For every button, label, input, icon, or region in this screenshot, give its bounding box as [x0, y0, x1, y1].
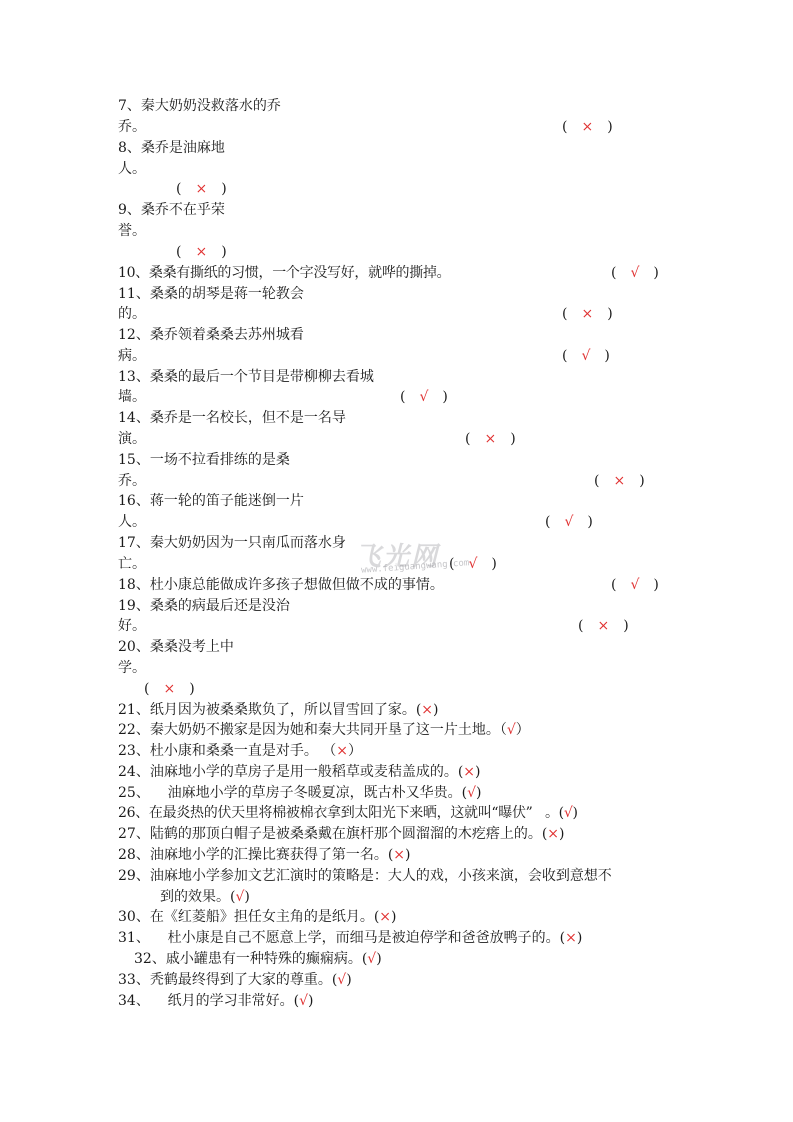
- question-7-line2: 乔。: [118, 117, 146, 137]
- question-30: 30、在《红菱船》担任女主角的是纸月。(×): [118, 907, 396, 927]
- cross-mark-icon: ×: [463, 764, 475, 780]
- question-15-line1: 15、一场不拉看排练的是桑: [118, 450, 290, 470]
- answer-11: (×): [562, 304, 613, 324]
- question-32: 32、戚小罐患有一种特殊的癫痫病。(√): [134, 949, 382, 969]
- check-mark-icon: √: [367, 951, 376, 967]
- answer-12: (√): [562, 346, 610, 366]
- question-29-line1: 29、油麻地小学参加文艺汇演时的策略是：大人的戏，小孩来演，会收到意想不: [118, 866, 612, 886]
- answer-18: (√): [611, 575, 659, 595]
- question-34: 34、 纸月的学习非常好。(√): [118, 991, 313, 1011]
- check-mark-icon: √: [467, 785, 476, 801]
- question-21: 21、纸月因为被桑桑欺负了，所以冒雪回了家。(×): [118, 700, 438, 720]
- question-26: 26、在最炎热的伏天里将棉被棉衣拿到太阳光下来晒，这就叫“曝伏” 。(√): [118, 803, 578, 823]
- cross-mark-icon: ×: [421, 702, 433, 718]
- answer-10: (√): [611, 263, 659, 283]
- answer-15: (×): [594, 471, 645, 491]
- question-20-line2: 学。: [118, 658, 146, 678]
- question-14-line1: 14、桑乔是一名校长，但不是一名导: [118, 408, 346, 428]
- cross-mark-icon: ×: [597, 616, 609, 636]
- check-mark-icon: √: [630, 575, 639, 595]
- question-14-line2: 演。: [118, 429, 146, 449]
- question-28: 28、油麻地小学的汇操比赛获得了第一名。(×): [118, 845, 410, 865]
- watermark-logo: 飞光网 www.feiguangwang.com: [355, 536, 439, 573]
- cross-mark-icon: ×: [195, 179, 207, 199]
- answer-14: (×): [465, 429, 516, 449]
- question-9-line1: 9、桑乔不在乎荣: [118, 200, 225, 220]
- question-8-line1: 8、桑乔是油麻地: [118, 138, 225, 158]
- check-mark-icon: √: [419, 387, 428, 407]
- question-16-line1: 16、蒋一轮的笛子能迷倒一片: [118, 491, 304, 511]
- check-mark-icon: √: [468, 554, 477, 574]
- question-29-line2: 到的效果。(√): [160, 887, 250, 907]
- question-11-line2: 的。: [118, 304, 146, 324]
- question-9-line2: 誉。: [118, 221, 146, 241]
- check-mark-icon: √: [299, 993, 308, 1009]
- question-12-line2: 病。: [118, 346, 146, 366]
- question-18: 18、杜小康总能做成许多孩子想做但做不成的事情。: [118, 575, 444, 595]
- question-13-line1: 13、桑桑的最后一个节目是带柳柳去看城: [118, 367, 374, 387]
- question-12-line1: 12、桑乔领着桑桑去苏州城看: [118, 325, 304, 345]
- question-24: 24、油麻地小学的草房子是用一般稻草或麦秸盖成的。(×): [118, 762, 480, 782]
- question-19-line2: 好。: [118, 616, 146, 636]
- question-22: 22、秦大奶奶不搬家是因为她和秦大共同开垦了这一片土地。（√）: [118, 720, 530, 740]
- cross-mark-icon: ×: [379, 909, 391, 925]
- cross-mark-icon: ×: [547, 826, 559, 842]
- question-8-line2: 人。: [118, 159, 146, 179]
- document-page: 7、秦大奶奶没救落水的乔 乔。 (×) 8、桑乔是油麻地 人。 (×) 9、桑乔…: [0, 0, 793, 1122]
- question-13-line2: 墙。: [118, 387, 146, 407]
- question-10: 10、桑桑有撕纸的习惯，一个字没写好，就哗的撕掉。: [118, 263, 450, 283]
- cross-mark-icon: ×: [581, 304, 593, 324]
- answer-8: (×): [176, 179, 227, 199]
- check-mark-icon: √: [337, 972, 346, 988]
- cross-mark-icon: ×: [393, 847, 405, 863]
- question-16-line2: 人。: [118, 512, 146, 532]
- cross-mark-icon: ×: [336, 743, 348, 759]
- cross-mark-icon: ×: [195, 242, 207, 262]
- question-11-line1: 11、桑桑的胡琴是蒋一轮教会: [118, 284, 304, 304]
- question-31: 31、 杜小康是自己不愿意上学，而细马是被迫停学和爸爸放鸭子的。(×): [118, 928, 582, 948]
- cross-mark-icon: ×: [581, 117, 593, 137]
- answer-16: (√): [545, 512, 593, 532]
- question-15-line2: 乔。: [118, 471, 146, 491]
- question-17-line2: 亡。: [118, 554, 146, 574]
- cross-mark-icon: ×: [565, 930, 577, 946]
- question-27: 27、陆鹤的那顶白帽子是被桑桑戴在旗杆那个圆溜溜的木疙瘩上的。(×): [118, 824, 564, 844]
- question-7-line1: 7、秦大奶奶没救落水的乔: [118, 96, 281, 116]
- question-33: 33、秃鹤最终得到了大家的尊重。(√): [118, 970, 352, 990]
- answer-19: (×): [578, 616, 629, 636]
- cross-mark-icon: ×: [163, 679, 175, 699]
- question-20-line1: 20、桑桑没考上中: [118, 637, 234, 657]
- check-mark-icon: √: [507, 722, 516, 738]
- watermark-text: 飞光网: [355, 536, 439, 573]
- question-23: 23、杜小康和桑桑一直是对手。 （×）: [118, 741, 362, 761]
- check-mark-icon: √: [630, 263, 639, 283]
- answer-7: (×): [562, 117, 613, 137]
- cross-mark-icon: ×: [484, 429, 496, 449]
- question-25: 25、 油麻地小学的草房子冬暖夏凉，既古朴又华贵。(√): [118, 783, 481, 803]
- check-mark-icon: √: [581, 346, 590, 366]
- answer-13: (√): [400, 387, 448, 407]
- question-19-line1: 19、桑桑的病最后还是没治: [118, 596, 290, 616]
- answer-20: (×): [144, 679, 195, 699]
- answer-9: (×): [176, 242, 227, 262]
- answer-17: (√): [449, 554, 497, 574]
- cross-mark-icon: ×: [613, 471, 625, 491]
- question-17-line1: 17、秦大奶奶因为一只南瓜而落水身: [118, 533, 346, 553]
- check-mark-icon: √: [564, 512, 573, 532]
